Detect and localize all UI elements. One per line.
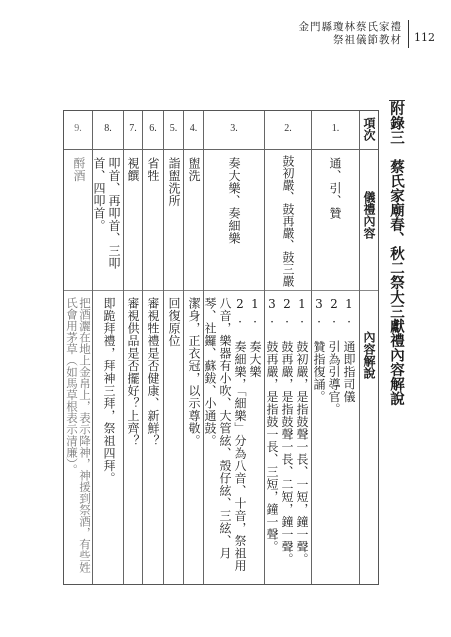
explanation-2-item-1: 1. 鼓初嚴，是指鼓聲一長、一短，鐘一聲。 — [294, 297, 309, 577]
item-number-9: 9. — [64, 123, 92, 134]
explanation-1-item-2: 2. 引為引導官。 — [326, 297, 341, 577]
ritual-content-9: 酹酒 — [71, 157, 86, 287]
ritual-content-6: 省牲 — [145, 157, 160, 287]
item-number-8: 8. — [93, 123, 123, 134]
explanation-8: 即跪拜禮，拜神三拜，祭祖四拜。 — [101, 297, 116, 577]
col-divider — [163, 111, 164, 584]
book-title-line1: 金門縣瓊林蔡氏家禮 — [299, 21, 403, 34]
ritual-content-2: 鼓初嚴、鼓再嚴、鼓三嚴 — [280, 155, 295, 290]
item-number-1: 1. — [312, 123, 359, 134]
book-title-line2: 祭祖儀節教材 — [299, 34, 403, 47]
explanation-6: 審視牲禮是否健康、新鮮？ — [145, 297, 160, 577]
row-header-item-no: 項次 — [360, 117, 378, 147]
ritual-content-5: 詣盥洗所 — [166, 157, 181, 287]
header-row-divider — [64, 149, 378, 150]
ritual-content-1: 通、引、贊 — [327, 157, 342, 287]
content-row-divider — [64, 290, 378, 291]
item-number-7: 7. — [124, 123, 142, 134]
item-number-6: 6. — [143, 123, 163, 134]
item-number-5: 5. — [164, 123, 183, 134]
explanation-7: 審視供品是否擺好？上齊？ — [125, 297, 140, 577]
item-number-3: 3. — [204, 123, 264, 134]
explanation-2: 1. 鼓初嚴，是指鼓聲一長、一短，鐘一聲。 2. 鼓再嚴，是指鼓聲一長、二短，鐘… — [267, 297, 309, 577]
explanation-1-item-3: 3. 贊指復誦。 — [311, 297, 326, 577]
running-head: 金門縣瓊林蔡氏家禮 祭祖儀節教材 — [299, 21, 403, 47]
explanation-1: 1. 通即指司儀 2. 引為引導官。 3. 贊指復誦。 — [314, 297, 356, 577]
ritual-content-3: 奏大樂、奏細樂 — [226, 157, 241, 287]
explanation-9: 把酒灑在地上金帛上，表示降神，神援到祭酒，有些姓氏會用茅草（如馬草根表示清廉）。 — [65, 297, 91, 582]
explanation-3: 1. 奏大樂 2. 奏細樂，「細樂」分為八音、十音，祭祖用八音，樂器有小吹、大管… — [206, 297, 262, 582]
explanation-2-item-2: 2. 鼓再嚴，是指鼓聲一長、二短，鐘一聲。 — [279, 297, 294, 577]
ritual-content-4: 盥洗 — [186, 157, 201, 287]
explanation-2-item-3: 3. 鼓再嚴，是指鼓一長、三短，鐘一聲。 — [264, 297, 279, 577]
ritual-content-8: 叩首、再叩首、三叩首、四叩首。 — [95, 157, 121, 285]
ritual-content-7: 視饌 — [125, 157, 140, 287]
explanation-1-item-1: 1. 通即指司儀 — [341, 297, 356, 577]
item-number-4: 4. — [184, 123, 203, 134]
title-rule — [389, 100, 405, 101]
item-number-2: 2. — [265, 123, 311, 134]
col-divider — [123, 111, 124, 584]
explanation-4: 潔身，正衣冠，以示尊敬。 — [186, 297, 201, 577]
explanation-3-item-1: 1. 奏大樂 — [247, 297, 262, 582]
header-divider — [408, 20, 409, 48]
row-header-ritual-content: 儀禮內容 — [360, 191, 378, 281]
ritual-table: 項次 儀禮內容 內容解說 1. 通、引、贊 1. 通即指司儀 2. 引為引導官。… — [63, 110, 379, 585]
explanation-3-item-2: 2. 奏細樂，「細樂」分為八音、十音，祭祖用八音，樂器有小吹、大管絃、殼仔絃、三… — [202, 297, 247, 582]
appendix-title: 附錄三 蔡氏家廟春、秋二祭大三獻禮內容解說 — [385, 101, 407, 406]
col-divider — [142, 111, 143, 584]
explanation-5: 回復原位 — [166, 297, 181, 577]
col-divider — [183, 111, 184, 584]
page-number: 112 — [414, 31, 435, 44]
row-header-explanation: 內容解說 — [360, 331, 378, 421]
